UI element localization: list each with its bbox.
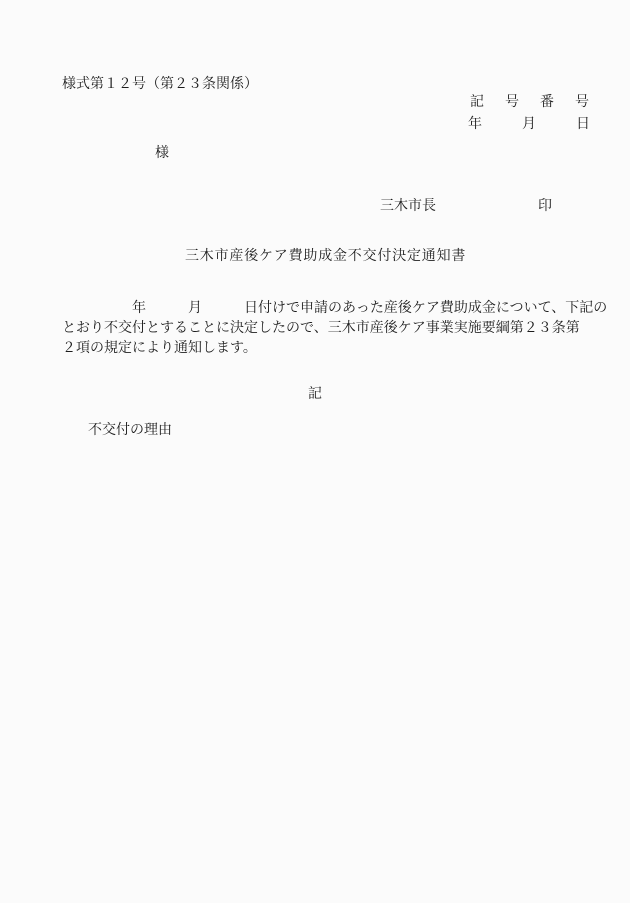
seal-placeholder: 印 <box>538 200 552 214</box>
document-title: 三木市産後ケア費助成金不交付決定通知書 <box>185 250 466 264</box>
date-label: 年 月 日 <box>468 118 594 132</box>
form-number-label: 様式第１２号（第２３条関係） <box>62 78 258 92</box>
ki-section-label: 記 <box>308 388 322 402</box>
sender-name: 三木市長 <box>380 200 436 214</box>
reference-number-label: 記 号 番 号 <box>470 96 593 110</box>
body-paragraph-line: 年 月 日付けで申請のあった産後ケア費助成金について、下記の <box>62 302 607 316</box>
document-page: 様式第１２号（第２３条関係） 記 号 番 号 年 月 日 様 三木市長 印 三木… <box>0 0 630 903</box>
non-grant-reason-label: 不交付の理由 <box>88 424 172 438</box>
addressee-suffix: 様 <box>155 147 169 161</box>
body-paragraph-line: とおり不交付とすることに決定したので、三木市産後ケア事業実施要綱第２３条第 <box>62 322 580 336</box>
body-paragraph-line: ２項の規定により通知します。 <box>62 342 257 356</box>
